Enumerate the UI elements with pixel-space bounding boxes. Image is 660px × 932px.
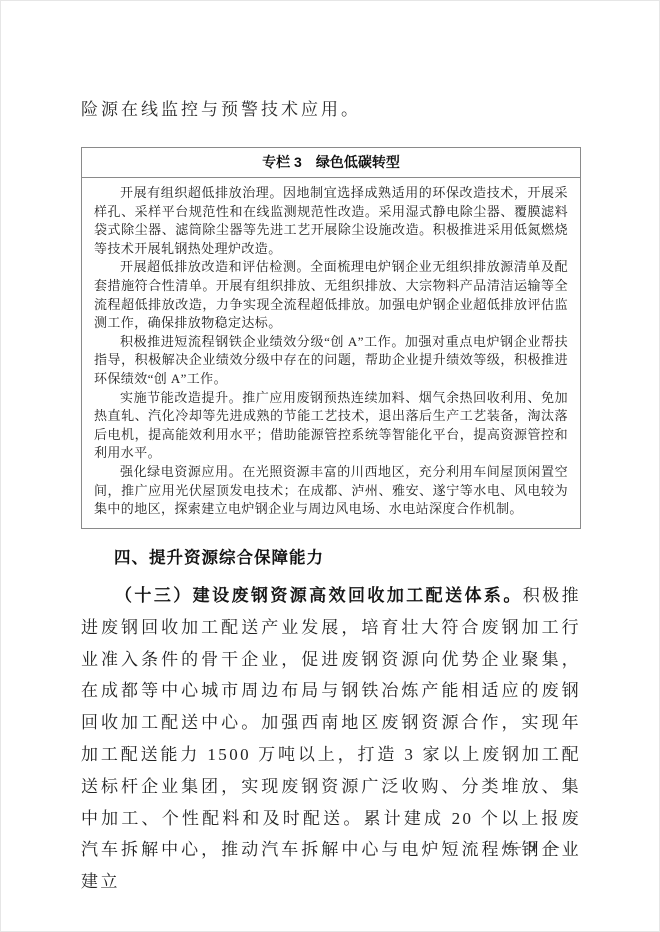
panel-paragraph: 开展有组织超低排放治理。因地制宜选择成熟适用的环保改造技术，开展采样孔、采样平台… [94,184,568,258]
column-box-title: 专栏 3 绿色低碳转型 [82,148,580,178]
page-number: — 9 — [506,839,561,856]
panel-paragraph: 强化绿电资源应用。在光照资源丰富的川西地区，充分利用车间屋顶闲置空间，推广应用光… [94,463,568,519]
column-box-green-low-carbon: 专栏 3 绿色低碳转型 开展有组织超低排放治理。因地制宜选择成熟适用的环保改造技… [81,147,581,529]
panel-paragraph: 积极推进短流程钢铁企业绩效分级“创 A”工作。加强对重点电炉钢企业帮扶指导，积极… [94,333,568,389]
panel-paragraph: 开展超低排放改造和评估检测。全面梳理电炉钢企业无组织排放源清单及配套措施符合性清… [94,258,568,332]
paragraph-lead: （十三）建设废钢资源高效回收加工配送体系。 [115,586,523,605]
intro-line: 险源在线监控与预警技术应用。 [81,98,581,122]
panel-paragraph: 实施节能改造提升。推广应用废钢预热连续加料、烟气余热回收利用、免加热直轧、汽化冷… [94,389,568,463]
document-page: 险源在线监控与预警技术应用。 专栏 3 绿色低碳转型 开展有组织超低排放治理。因… [0,0,660,932]
section-heading: 四、提升资源综合保障能力 [81,544,581,568]
column-box-body: 开展有组织超低排放治理。因地制宜选择成熟适用的环保改造技术，开展采样孔、采样平台… [82,178,580,528]
